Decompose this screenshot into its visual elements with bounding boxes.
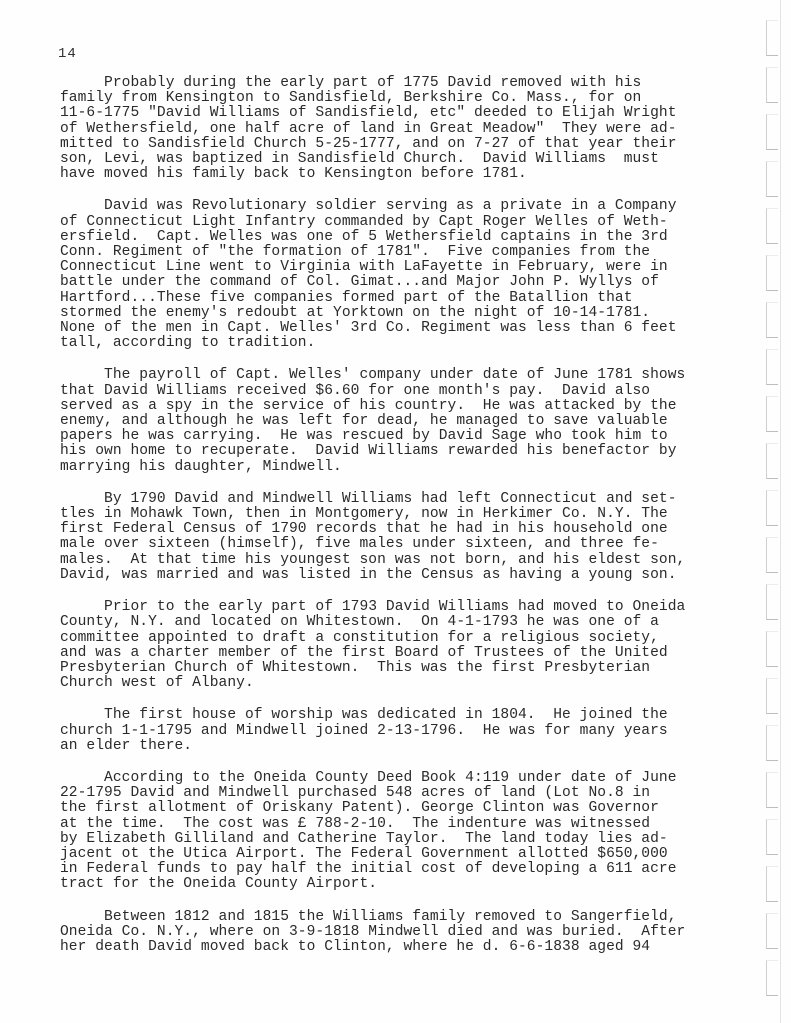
binder-hole-mark: [766, 960, 778, 996]
binder-hole-mark: [766, 443, 778, 479]
binder-hole-mark: [766, 208, 778, 244]
binder-hole-mark: [766, 349, 778, 385]
text-line: Presbyterian Church of Whitestown. This …: [60, 661, 720, 676]
text-line: stormed the enemy's redoubt at Yorktown …: [60, 306, 720, 321]
text-line: David was Revolutionary soldier serving …: [60, 199, 720, 214]
text-line: at the time. The cost was £ 788-2-10. Th…: [60, 817, 720, 832]
binder-hole-mark: [766, 772, 778, 808]
binder-hole-mark: [766, 584, 778, 620]
text-line: According to the Oneida County Deed Book…: [60, 771, 720, 786]
text-line: ersfield. Capt. Welles was one of 5 Weth…: [60, 230, 720, 245]
document-body: Probably during the early part of 1775 D…: [60, 76, 720, 972]
text-line: marrying his daughter, Mindwell.: [60, 460, 720, 475]
text-line: tract for the Oneida County Airport.: [60, 877, 720, 892]
text-line: battle under the command of Col. Gimat..…: [60, 275, 720, 290]
binder-hole-mark: [766, 114, 778, 150]
text-line: County, N.Y. and located on Whitestown. …: [60, 615, 720, 630]
text-line: Connecticut Line went to Virginia with L…: [60, 260, 720, 275]
text-line: Between 1812 and 1815 the Williams famil…: [60, 910, 720, 925]
text-line: The payroll of Capt. Welles' company und…: [60, 368, 720, 383]
binder-hole-mark: [766, 819, 778, 855]
text-line: first Federal Census of 1790 records tha…: [60, 522, 720, 537]
binder-hole-strip: [751, 0, 791, 1023]
text-line: of Connecticut Light Infantry commanded …: [60, 215, 720, 230]
paragraph: The payroll of Capt. Welles' company und…: [60, 368, 720, 474]
paragraph: According to the Oneida County Deed Book…: [60, 771, 720, 893]
binder-hole-mark: [766, 631, 778, 667]
text-line: male over sixteen (himself), five males …: [60, 537, 720, 552]
binder-hole-mark: [766, 913, 778, 949]
text-line: papers he was carrying. He was rescued b…: [60, 429, 720, 444]
binder-hole-mark: [766, 866, 778, 902]
binder-hole-mark: [766, 678, 778, 714]
paragraph: David was Revolutionary soldier serving …: [60, 199, 720, 351]
text-line: Oneida Co. N.Y., where on 3-9-1818 Mindw…: [60, 925, 720, 940]
text-line: Church west of Albany.: [60, 676, 720, 691]
text-line: by Elizabeth Gilliland and Catherine Tay…: [60, 832, 720, 847]
text-line: 22-1795 David and Mindwell purchased 548…: [60, 786, 720, 801]
text-line: have moved his family back to Kensington…: [60, 167, 720, 182]
text-line: committee appointed to draft a constitut…: [60, 631, 720, 646]
text-line: the first allotment of Oriskany Patent).…: [60, 801, 720, 816]
text-line: family from Kensington to Sandisfield, B…: [60, 91, 720, 106]
paragraph: Probably during the early part of 1775 D…: [60, 76, 720, 182]
text-line: her death David moved back to Clinton, w…: [60, 940, 720, 955]
binder-hole-mark: [766, 396, 778, 432]
paragraph: Prior to the early part of 1793 David Wi…: [60, 600, 720, 691]
text-line: The first house of worship was dedicated…: [60, 708, 720, 723]
text-line: Hartford...These five companies formed p…: [60, 291, 720, 306]
scanned-document-page: 14 Probably during the early part of 177…: [0, 0, 791, 1023]
binder-hole-mark: [766, 302, 778, 338]
text-line: enemy, and although he was left for dead…: [60, 414, 720, 429]
binder-hole-mark: [766, 161, 778, 197]
paragraph: The first house of worship was dedicated…: [60, 708, 720, 754]
text-line: By 1790 David and Mindwell Williams had …: [60, 492, 720, 507]
text-line: in Federal funds to pay half the initial…: [60, 862, 720, 877]
text-line: served as a spy in the service of his co…: [60, 399, 720, 414]
text-line: his own home to recuperate. David Willia…: [60, 444, 720, 459]
text-line: Conn. Regiment of "the formation of 1781…: [60, 245, 720, 260]
text-line: son, Levi, was baptized in Sandisfield C…: [60, 152, 720, 167]
text-line: tles in Mohawk Town, then in Montgomery,…: [60, 507, 720, 522]
binder-hole-mark: [766, 537, 778, 573]
text-line: an elder there.: [60, 739, 720, 754]
text-line: of Wethersfield, one half acre of land i…: [60, 122, 720, 137]
text-line: 11-6-1775 "David Williams of Sandisfield…: [60, 106, 720, 121]
text-line: Prior to the early part of 1793 David Wi…: [60, 600, 720, 615]
text-line: that David Williams received $6.60 for o…: [60, 384, 720, 399]
text-line: David, was married and was listed in the…: [60, 568, 720, 583]
binder-hole-mark: [766, 490, 778, 526]
text-line: jacent ot the Utica Airport. The Federal…: [60, 847, 720, 862]
paragraph: By 1790 David and Mindwell Williams had …: [60, 492, 720, 583]
page-edge-line: [780, 0, 781, 1023]
text-line: mitted to Sandisfield Church 5-25-1777, …: [60, 137, 720, 152]
text-line: Probably during the early part of 1775 D…: [60, 76, 720, 91]
text-line: and was a charter member of the first Bo…: [60, 646, 720, 661]
paragraph: Between 1812 and 1815 the Williams famil…: [60, 910, 720, 956]
binder-hole-mark: [766, 725, 778, 761]
binder-hole-mark: [766, 255, 778, 291]
text-line: None of the men in Capt. Welles' 3rd Co.…: [60, 321, 720, 336]
binder-hole-mark: [766, 67, 778, 103]
page-number: 14: [58, 46, 77, 62]
text-line: tall, according to tradition.: [60, 336, 720, 351]
text-line: males. At that time his youngest son was…: [60, 553, 720, 568]
binder-hole-mark: [766, 20, 778, 56]
text-line: church 1-1-1795 and Mindwell joined 2-13…: [60, 724, 720, 739]
